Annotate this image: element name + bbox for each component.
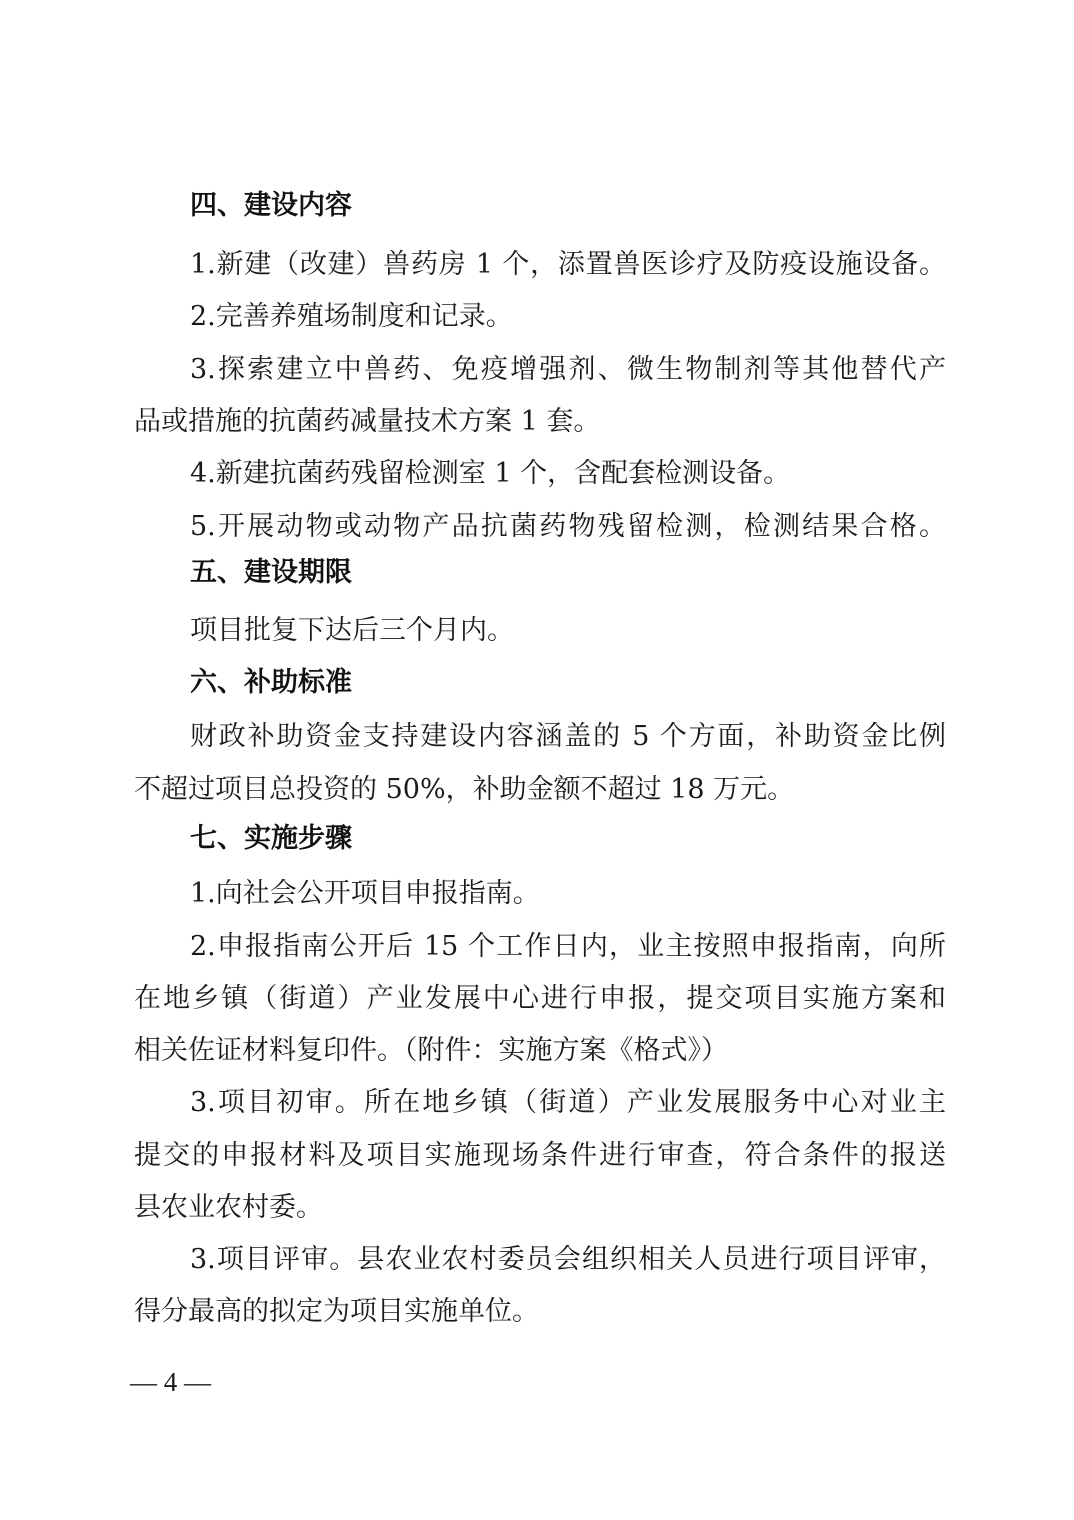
paragraph-line: 3.探索建立中兽药、免疫增强剂、微生物制剂等其他替代产: [190, 350, 946, 390]
paragraph-line: 提交的申报材料及项目实施现场条件进行审查，符合条件的报送: [134, 1136, 946, 1176]
paragraph-line: 项目批复下达后三个月内。: [190, 611, 946, 651]
document-page: 四、建设内容 1.新建（改建）兽药房 1 个，添置兽医诊疗及防疫设施设备。 2.…: [0, 0, 1074, 1520]
paragraph-line: 相关佐证材料复印件。（附件：实施方案《格式》）: [134, 1031, 946, 1071]
paragraph-line: 3.项目评审。县农业农村委员会组织相关人员进行项目评审，: [190, 1240, 946, 1280]
section-heading-subsidy-standard: 六、补助标准: [190, 663, 946, 703]
paragraph-line: 品或措施的抗菌药减量技术方案 1 套。: [134, 402, 946, 442]
paragraph-line: 得分最高的拟定为项目实施单位。: [134, 1292, 946, 1332]
paragraph-line: 县农业农村委。: [134, 1188, 946, 1228]
section-heading-implementation-steps: 七、实施步骤: [190, 819, 946, 859]
paragraph-line: 1.新建（改建）兽药房 1 个，添置兽医诊疗及防疫设施设备。: [190, 245, 946, 285]
section-heading-construction-period: 五、建设期限: [190, 553, 946, 593]
paragraph-line: 3.项目初审。所在地乡镇（街道）产业发展服务中心对业主: [190, 1083, 946, 1123]
paragraph-line: 在地乡镇（街道）产业发展中心进行申报，提交项目实施方案和: [134, 979, 946, 1019]
paragraph-line: 5.开展动物或动物产品抗菌药物残留检测，检测结果合格。: [190, 507, 946, 547]
page-number: — 4 —: [130, 1362, 211, 1402]
paragraph-line: 4.新建抗菌药残留检测室 1 个，含配套检测设备。: [190, 454, 946, 494]
paragraph-line: 不超过项目总投资的 50%，补助金额不超过 18 万元。: [134, 770, 946, 810]
section-heading-construction-content: 四、建设内容: [190, 186, 946, 226]
paragraph-line: 2.申报指南公开后 15 个工作日内，业主按照申报指南，向所: [190, 927, 946, 967]
paragraph-line: 1.向社会公开项目申报指南。: [190, 874, 946, 914]
paragraph-line: 2.完善养殖场制度和记录。: [190, 297, 946, 337]
paragraph-line: 财政补助资金支持建设内容涵盖的 5 个方面，补助资金比例: [190, 717, 946, 757]
